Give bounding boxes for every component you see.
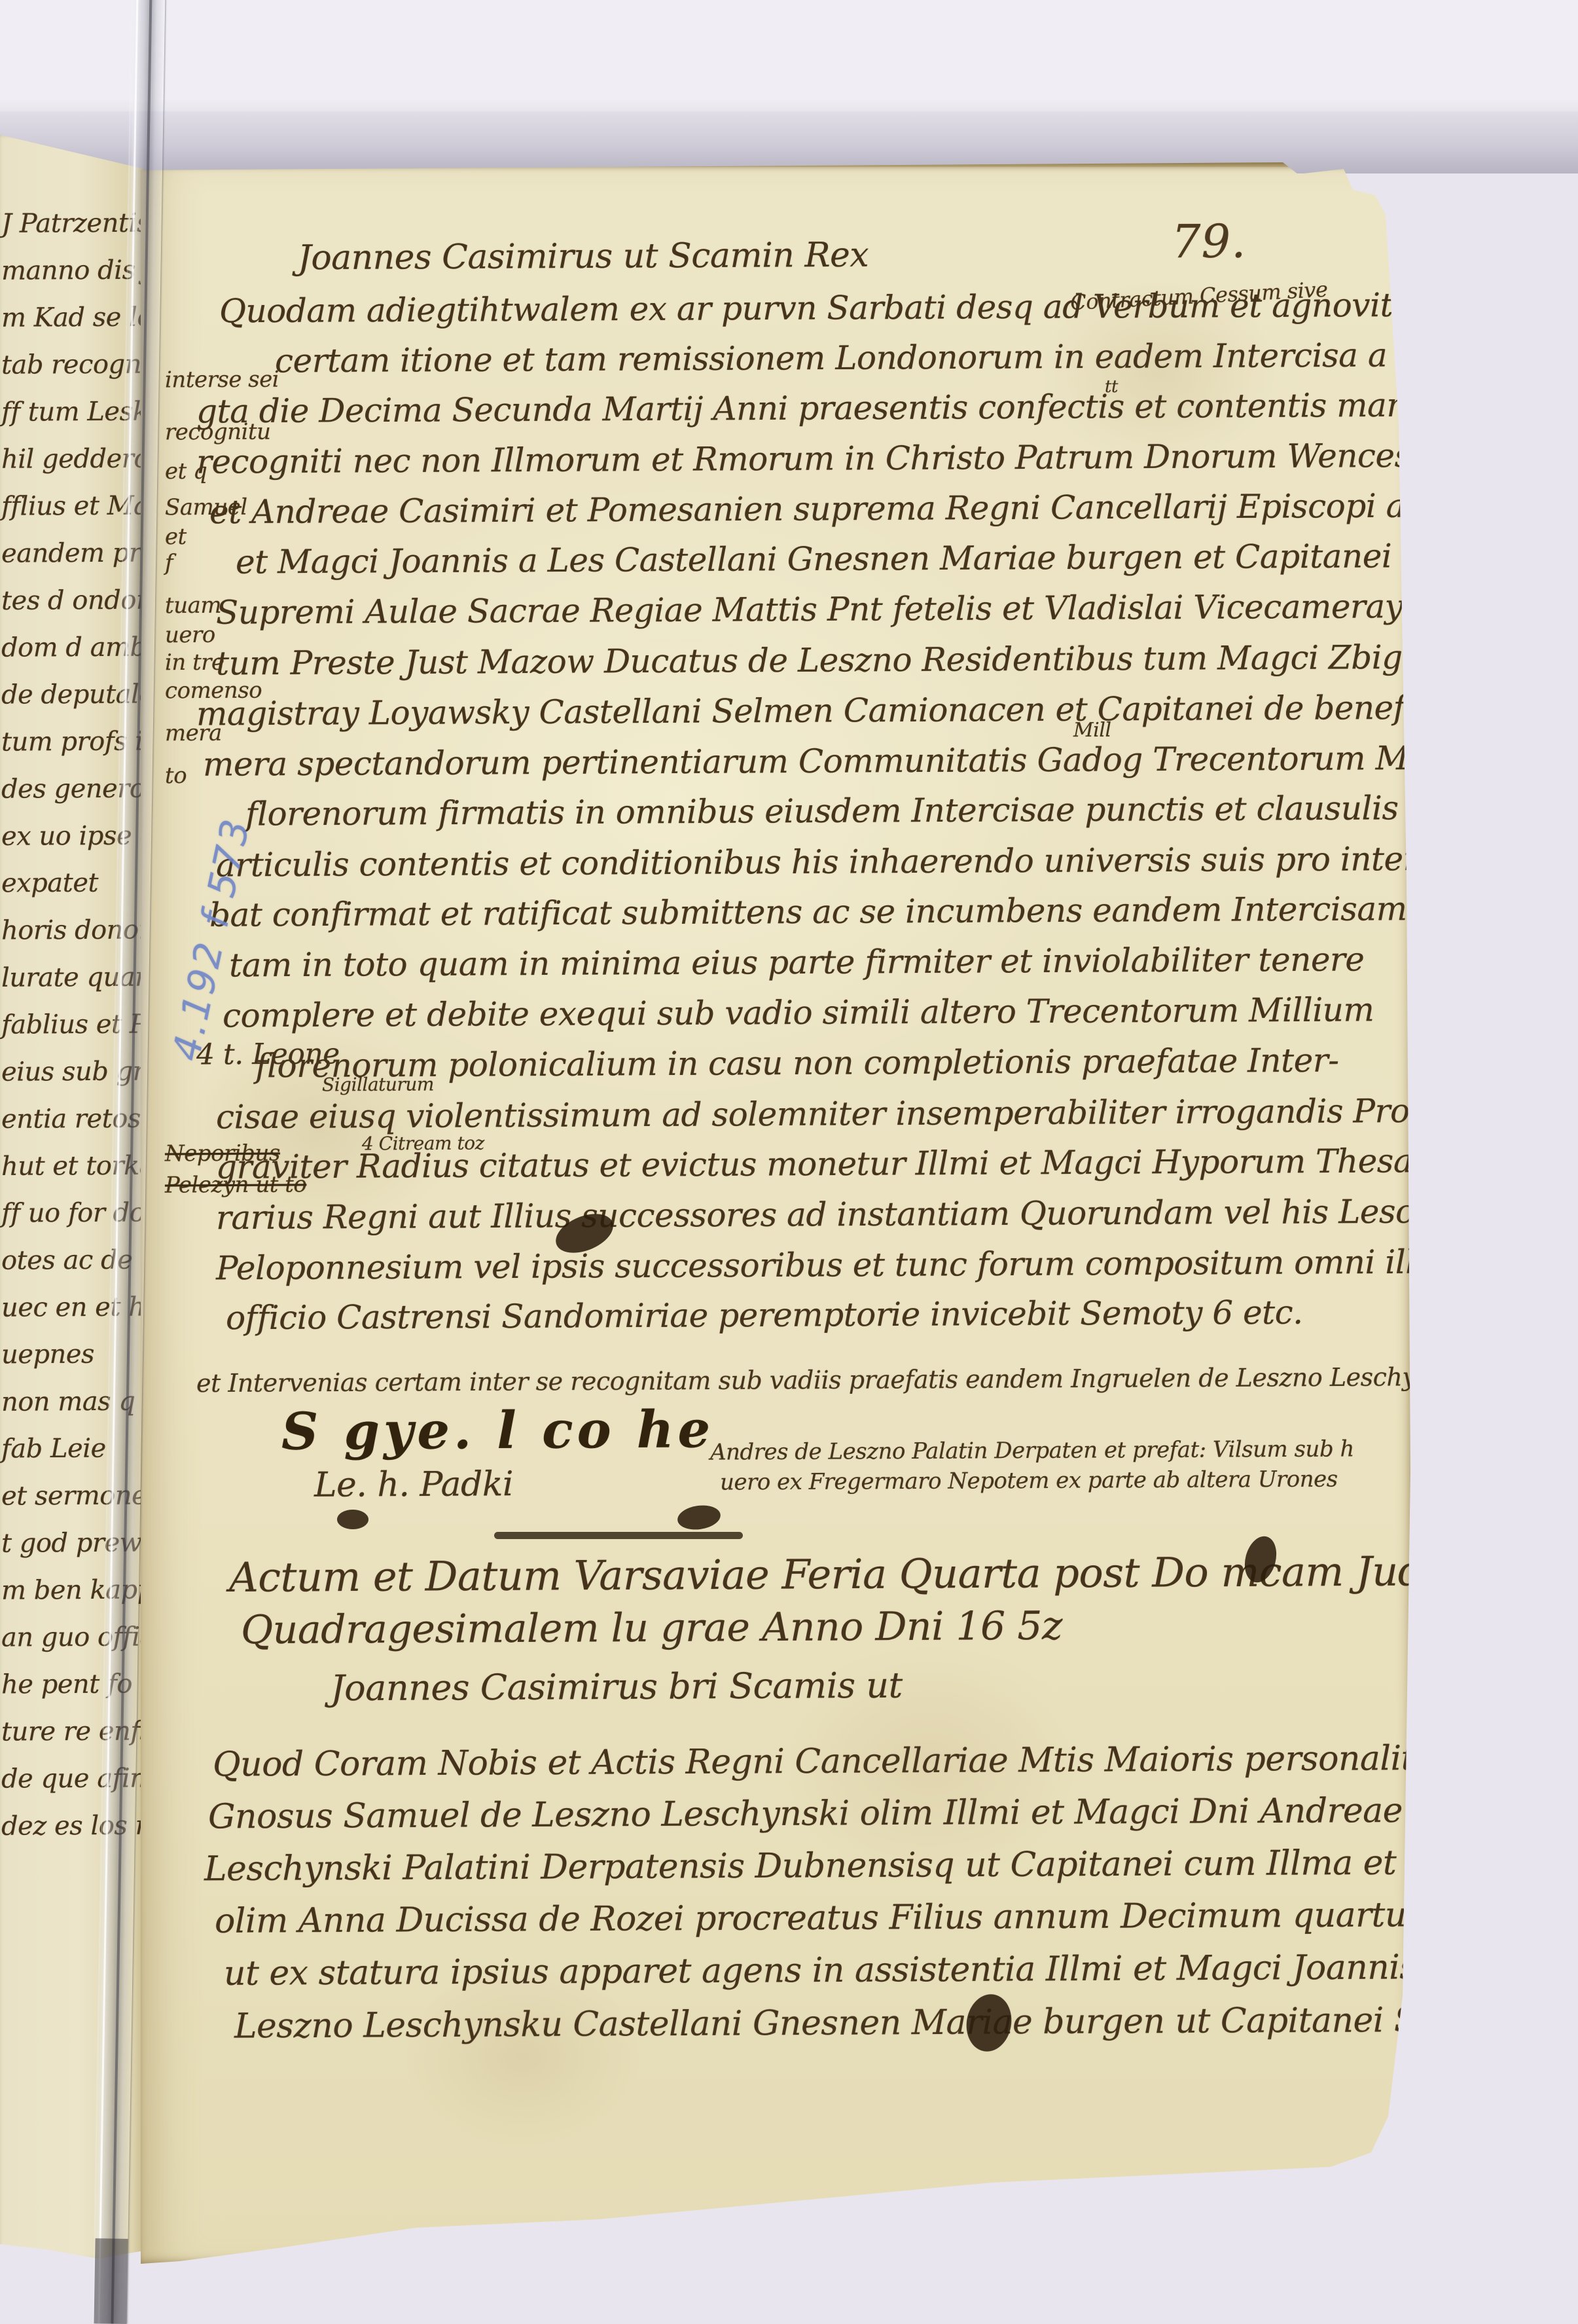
closing-line: ut ex statura ipsius apparet agens in as… [224,1948,1447,1993]
interlinear-note: Mill [1073,719,1111,742]
interlinear-note: 4 t. Leone [196,1037,340,1071]
closing-line: Gnosus Samuel de Leszno Leschynski olim … [208,1790,1578,1836]
page-number: 79. [1172,215,1247,269]
actum-line: Actum et Datum Varsaviae Feria Quarta po… [229,1547,1482,1601]
manuscript-page: 79. Contractum Cessum sive Joannes Casim… [141,162,1414,2267]
cover-sheet [0,0,1578,111]
body-line: articulis contentis et conditionibus his… [216,839,1578,884]
body-line: recogniti nec non Illmorum et Rmorum in … [196,435,1578,481]
margin-word: et q [165,458,207,484]
strip-below-page [94,2238,128,2291]
actum-line: Joannes Casimirus bri Scamis ut [331,1665,903,1709]
margin-word: Samuel [165,494,247,521]
body-line: gta die Decima Secunda Martij Anni praes… [196,385,1575,430]
body-line: officio Castrensi Sandomiriae peremptori… [226,1294,1303,1337]
body-line: magistray Loyawsky Castellani Selmen Cam… [196,687,1578,733]
margin-word: Pelezyn ut to [165,1171,307,1198]
left-page-fragment: uepnes [1,1339,94,1370]
body-line: mera spectandorum pertinentiarum Communi… [203,738,1578,784]
closing-line: Leschynski Palatini Derpatensis Dubnensi… [204,1843,1522,1889]
interlinear-note: tt [1105,377,1118,397]
margin-word: f [165,550,173,576]
body-line: Quodam adiegtihtwalem ex ar purvn Sarbat… [219,284,1578,331]
interlinear-note: Sigillaturum [322,1074,434,1096]
body-line: Peloponnesium vel ipsis successoribus et… [216,1243,1548,1288]
body-line: et Andreae Casimiri et Pomesanien suprem… [209,486,1522,532]
margin-word: in tre [165,649,224,676]
actum-line: Quadragesimalem lu grae Anno Dni 16 5z [241,1603,1062,1654]
margin-word: et [165,524,187,550]
margin-word: comenso [165,678,262,704]
signature-line: Le. h. Padki [314,1464,513,1505]
body-line: complere et debite exequi sub vadio simi… [223,990,1374,1034]
margin-word: recognitu [165,419,271,446]
closing-line: olim Anna Ducissa de Rozei procreatus Fi… [215,1895,1439,1941]
body-line: rarius Regni aut Illius successores ad i… [216,1192,1519,1237]
left-page-fragment: expatet [1,868,98,899]
body-line: florenorum firmatis in omnibus eiusdem I… [245,789,1399,833]
cover-sheet-shadow [0,98,1578,173]
closing-line: Leszno Leschynsku Castellani Gnesnen Mar… [234,1999,1578,2046]
body-line: bat confirmat et ratificat submittens ac… [209,890,1407,934]
body-line: tam in toto quam in minima eius parte fi… [229,940,1365,984]
body-line: tum Preste Just Mazow Ducatus de Leszno … [216,638,1578,683]
left-page-fragment: de que afino [1,1763,162,1794]
ink-blot [962,1991,1016,2055]
manuscript-photo: J Patrzentis ef Camanno dis jstetijm Kad… [0,0,1578,2291]
side-note: uero ex Fregermaro Nepotem ex parte ab a… [720,1466,1338,1496]
side-note: Andres de Leszno Palatin Derpaten et pre… [710,1436,1354,1465]
heading-line: Joannes Casimirus ut Scamin Rex [298,236,869,278]
margin-word: tuam [165,592,221,619]
left-page-fragment: an guo offiat [1,1622,166,1652]
body-line: certam itione et tam remissionem Londono… [275,335,1578,380]
body-line: et Magci Joannis a Les Castellani Gnesne… [236,537,1392,581]
closing-line: Quod Coram Nobis et Actis Regni Cancella… [213,1737,1578,1785]
body-line: Supremi Aulae Sacrae Regiae Mattis Pnt f… [216,587,1403,631]
ink-blot [337,1510,368,1529]
interlinear-note: 4 Citream toz [362,1133,484,1155]
body-line: et Intervenias certam inter se recognita… [196,1361,1578,1398]
ink-smear [494,1532,743,1539]
left-page-fragment: fab Leie [1,1434,106,1464]
margin-word: mera [165,720,222,746]
ink-blot [676,1503,722,1533]
margin-word: Neporibus [165,1140,280,1167]
signature-flourish: S gye. l co he [281,1400,715,1461]
margin-word: uero [165,622,215,648]
body-line: cisae eiusq violentissimum ad solemniter… [216,1091,1578,1136]
margin-word: interse sei [165,367,279,393]
margin-word: to [165,763,187,789]
